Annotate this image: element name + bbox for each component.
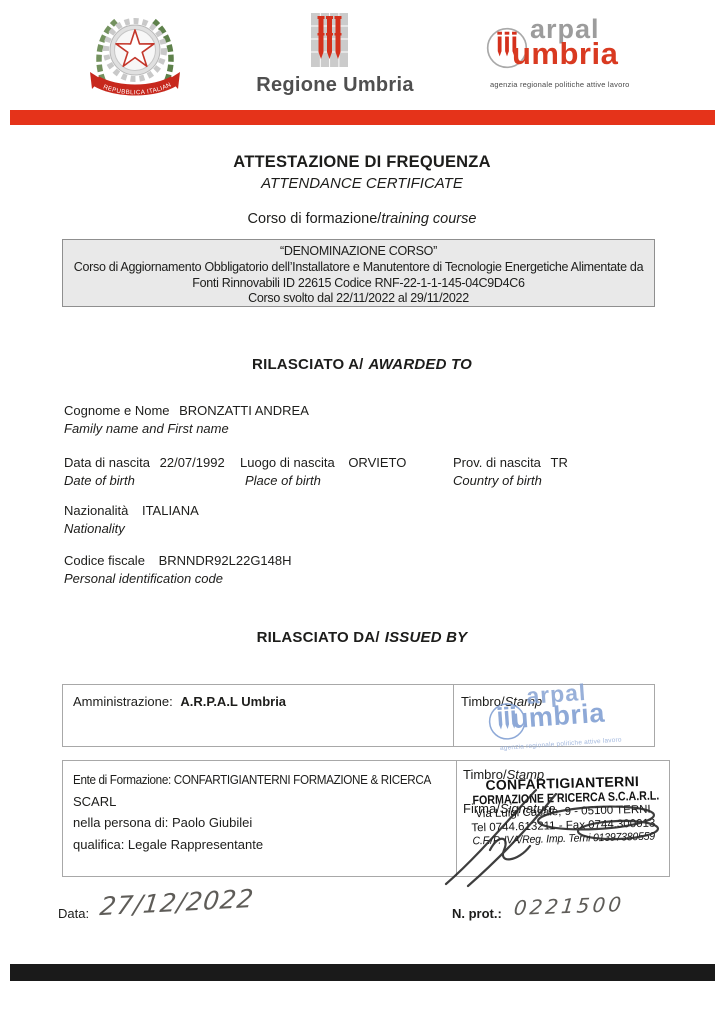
protocol-handwritten-value: 0221500 — [513, 892, 626, 920]
birthplace-label: Luogo di nascita — [240, 455, 335, 470]
protocol-label: N. prot.: — [452, 906, 502, 921]
administration-label: Amministrazione: — [73, 694, 173, 709]
course-name-box: “DENOMINAZIONE CORSO” Corso di Aggiornam… — [62, 239, 655, 307]
certificate-subtitle: ATTENDANCE CERTIFICATE — [0, 175, 724, 192]
nationality-value: ITALIANA — [142, 503, 199, 518]
course-box-line: Fonti Rinnovabili ID 22615 Codice RNF-22… — [63, 276, 654, 292]
date-label: Data: — [58, 906, 89, 921]
umbria-stamp-word: umbria — [511, 700, 606, 733]
fiscal-code-label: Codice fiscale — [64, 553, 145, 568]
fiscal-code-sublabel: Personal identification code — [64, 571, 223, 586]
administration-value: A.R.P.A.L Umbria — [180, 694, 286, 709]
training-body-field: Ente di Formazione: CONFARTIGIANTERNI FO… — [73, 769, 453, 855]
training-body-person: nella persona di: Paolo Giubilei — [73, 812, 453, 834]
regione-umbria-icon — [311, 13, 348, 67]
fiscal-code-field: Codice fiscale BRNNDR92L22G148H — [64, 553, 292, 568]
birthplace-sublabel: Place of birth — [245, 473, 321, 488]
name-value: BRONZATTI ANDREA — [179, 403, 309, 418]
name-label: Cognome e Nome — [64, 403, 170, 418]
course-box-line: “DENOMINAZIONE CORSO” — [63, 244, 654, 260]
issued-heading-en: ISSUED BY — [385, 629, 468, 646]
signature-scribble — [438, 778, 680, 890]
awarded-heading-en: AWARDED TO — [369, 356, 472, 373]
certificate-title: ATTESTAZIONE DI FREQUENZA — [0, 153, 724, 172]
birthdate-label: Data di nascita — [64, 455, 150, 470]
fiscal-code-value: BRNNDR92L22G148H — [159, 553, 292, 568]
province-value: TR — [551, 455, 568, 470]
name-field: Cognome e Nome BRONZATTI ANDREA — [64, 403, 309, 418]
issued-heading: RILASCIATO DA/ISSUED BY — [0, 629, 724, 646]
bottom-scan-bar — [10, 964, 715, 981]
administration-field: Amministrazione: A.R.P.A.L Umbria — [73, 694, 286, 709]
table-cell-divider — [453, 685, 454, 746]
birthdate-field: Data di nascita 22/07/1992 — [64, 455, 225, 470]
province-field: Prov. di nascita TR — [453, 455, 568, 470]
course-label-en: training course — [381, 211, 476, 227]
arpal-tagline: agenzia regionale politiche attive lavor… — [490, 80, 630, 89]
course-box-line: Corso svolto dal 22/11/2022 al 29/11/202… — [63, 291, 654, 307]
province-label: Prov. di nascita — [453, 455, 541, 470]
course-type-line: Corso di formazione/training course — [0, 211, 724, 227]
nationality-label: Nazionalità — [64, 503, 128, 518]
course-label-it: Corso di formazione/ — [248, 211, 382, 227]
birthplace-field: Luogo di nascita ORVIETO — [240, 455, 406, 470]
birthdate-value: 22/07/1992 — [160, 455, 225, 470]
awarded-heading: RILASCIATO A/AWARDED TO — [0, 356, 724, 373]
issued-heading-it: RILASCIATO DA/ — [257, 629, 380, 646]
course-box-line: Corso di Aggiornamento Obbligatorio dell… — [63, 260, 654, 276]
umbria-word: umbria — [512, 38, 618, 69]
date-handwritten-value: 27/12/2022 — [98, 884, 255, 921]
regione-umbria-label: Regione Umbria — [185, 74, 485, 97]
birthplace-value: ORVIETO — [348, 455, 406, 470]
red-divider-bar — [10, 110, 715, 125]
training-body-role: qualifica: Legale Rappresentante — [73, 834, 453, 856]
certificate-page: REPUBBLICA ITALIANA Regione Umbria arpal… — [0, 0, 724, 1024]
arpal-ink-stamp: arpal umbria agenzia regionale politiche… — [486, 674, 656, 760]
province-sublabel: Country of birth — [453, 473, 542, 488]
training-body-name-line1: Ente di Formazione: CONFARTIGIANTERNI FO… — [73, 769, 415, 791]
name-sublabel: Family name and First name — [64, 421, 229, 436]
italy-emblem-icon: REPUBBLICA ITALIANA — [86, 8, 184, 104]
training-body-name-line2: SCARL — [73, 791, 453, 813]
birthdate-sublabel: Date of birth — [64, 473, 135, 488]
nationality-sublabel: Nationality — [64, 521, 125, 536]
arpal-logo: arpal umbria agenzia regionale politiche… — [486, 10, 661, 95]
nationality-field: Nazionalità ITALIANA — [64, 503, 199, 518]
awarded-heading-it: RILASCIATO A/ — [252, 356, 364, 373]
